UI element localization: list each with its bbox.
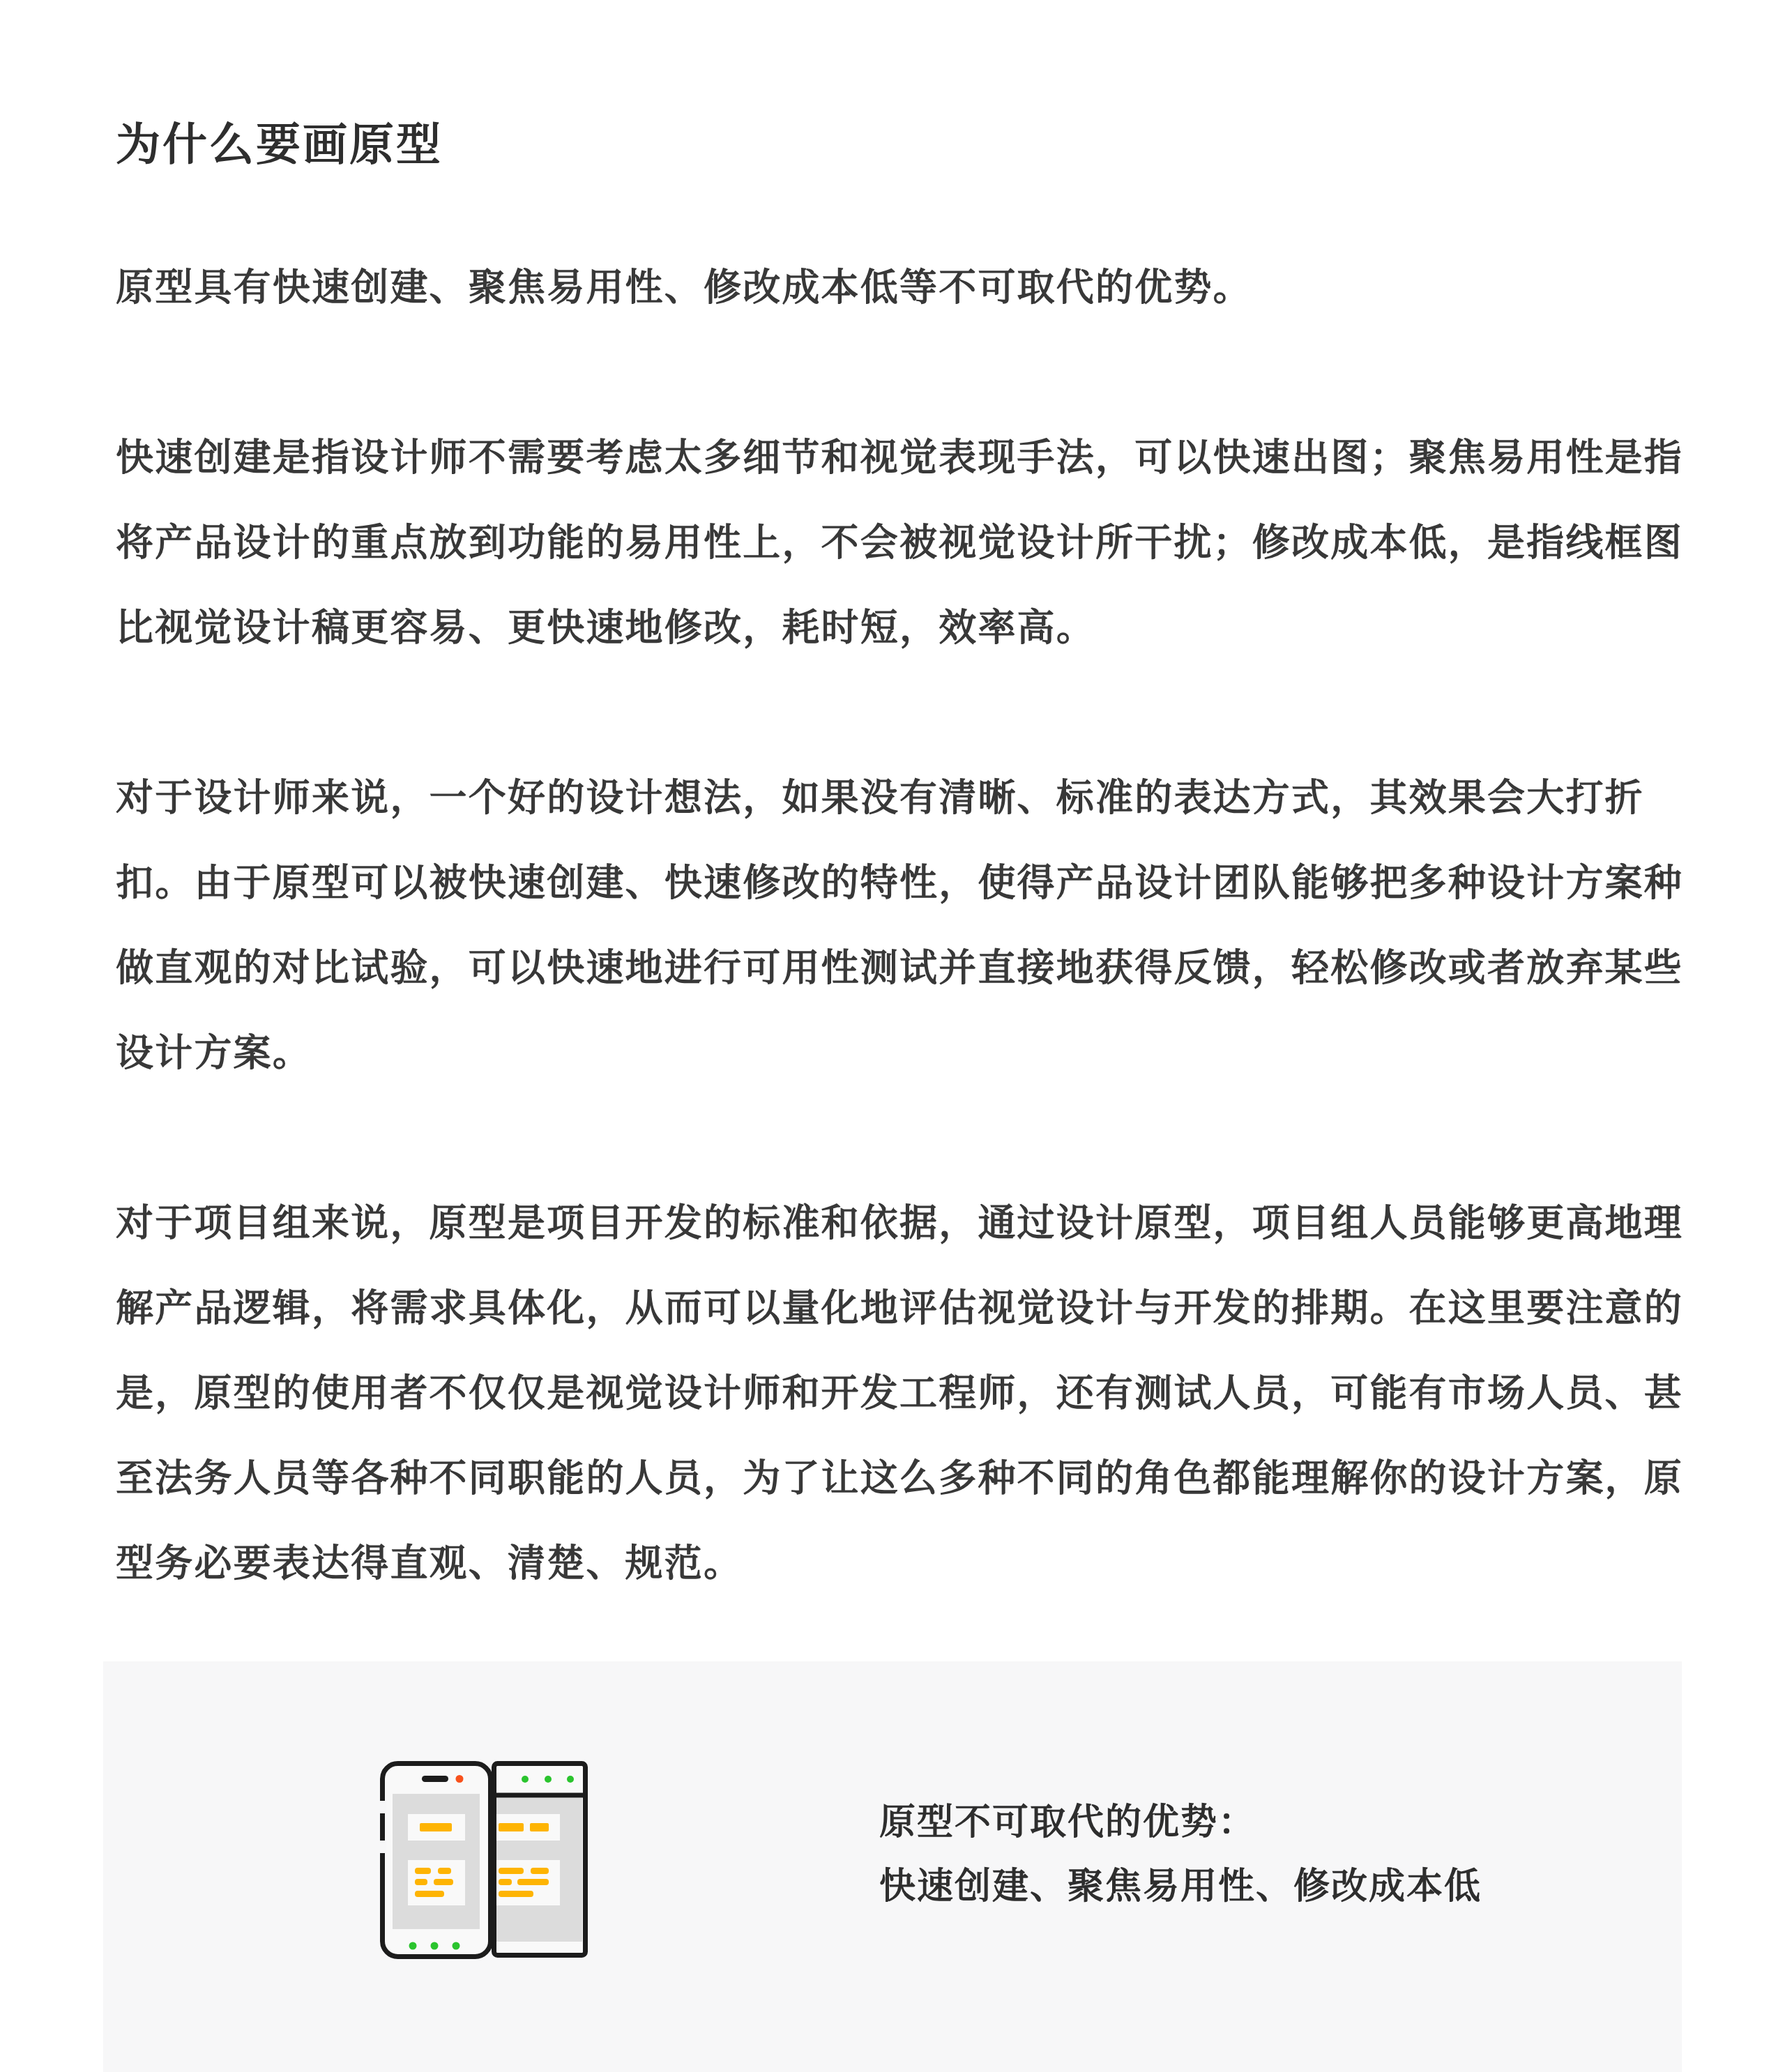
paragraph-line: 将产品设计的重点放到功能的易用性上，不会被视觉设计所干扰；修改成本低，是指线框图: [116, 501, 1680, 586]
paragraph-line: 设计方案。: [116, 1011, 1680, 1096]
callout-caption-line: 原型不可取代的优势：: [879, 1790, 1482, 1854]
paragraph-line: 扣。由于原型可以被快速创建、快速修改的特性，使得产品设计团队能够把多种设计方案种: [116, 841, 1680, 926]
paragraph-line: 解产品逻辑，将需求具体化，从而可以量化地评估视觉设计与开发的排期。在这里要注意的: [116, 1266, 1680, 1351]
paragraph-2: 快速创建是指设计师不需要考虑太多细节和视觉表现手法，可以快速出图；聚焦易用性是指…: [116, 416, 1680, 671]
paragraph-line: 对于设计师来说，一个好的设计想法，如果没有清晰、标准的表达方式，其效果会大打折: [116, 756, 1680, 841]
paragraph-line: 至法务人员等各种不同职能的人员，为了让这么多种不同的角色都能理解你的设计方案，原: [116, 1436, 1680, 1521]
callout-caption-line: 快速创建、聚焦易用性、修改成本低: [879, 1854, 1482, 1919]
paragraph-line: 是，原型的使用者不仅仅是视觉设计师和开发工程师，还有测试人员，可能有市场人员、甚: [116, 1351, 1680, 1436]
paragraph-line: 型务必要表达得直观、清楚、规范。: [116, 1521, 1680, 1606]
article-body: 为什么要画原型 原型具有快速创建、聚焦易用性、修改成本低等不可取代的优势。 快速…: [0, 0, 1785, 1606]
callout-caption: 原型不可取代的优势： 快速创建、聚焦易用性、修改成本低: [879, 1790, 1482, 1919]
paragraph-1: 原型具有快速创建、聚焦易用性、修改成本低等不可取代的优势。: [116, 245, 1680, 330]
paragraph-line: 做直观的对比试验，可以快速地进行可用性测试并直接地获得反馈，轻松修改或者放弃某些: [116, 926, 1680, 1011]
page-title: 为什么要画原型: [116, 111, 1680, 178]
paragraph-line: 比视觉设计稿更容易、更快速地修改，耗时短，效率高。: [116, 586, 1680, 671]
paragraph-3: 对于设计师来说，一个好的设计想法，如果没有清晰、标准的表达方式，其效果会大打折 …: [116, 756, 1680, 1096]
paragraph-line: 原型具有快速创建、聚焦易用性、修改成本低等不可取代的优势。: [116, 245, 1680, 330]
paragraph-4: 对于项目组来说，原型是项目开发的标准和依据，通过设计原型，项目组人员能够更高地理…: [116, 1181, 1680, 1606]
phone-front-icon: [380, 1764, 491, 1957]
prototype-phones-illustration: [380, 1759, 589, 1961]
phone-back-icon: [494, 1764, 586, 1956]
article-page: 为什么要画原型 原型具有快速创建、聚焦易用性、修改成本低等不可取代的优势。 快速…: [0, 0, 1785, 2072]
paragraph-line: 对于项目组来说，原型是项目开发的标准和依据，通过设计原型，项目组人员能够更高地理: [116, 1181, 1680, 1266]
callout-panel: 原型不可取代的优势： 快速创建、聚焦易用性、修改成本低: [103, 1661, 1682, 2072]
paragraph-line: 快速创建是指设计师不需要考虑太多细节和视觉表现手法，可以快速出图；聚焦易用性是指: [116, 416, 1680, 501]
